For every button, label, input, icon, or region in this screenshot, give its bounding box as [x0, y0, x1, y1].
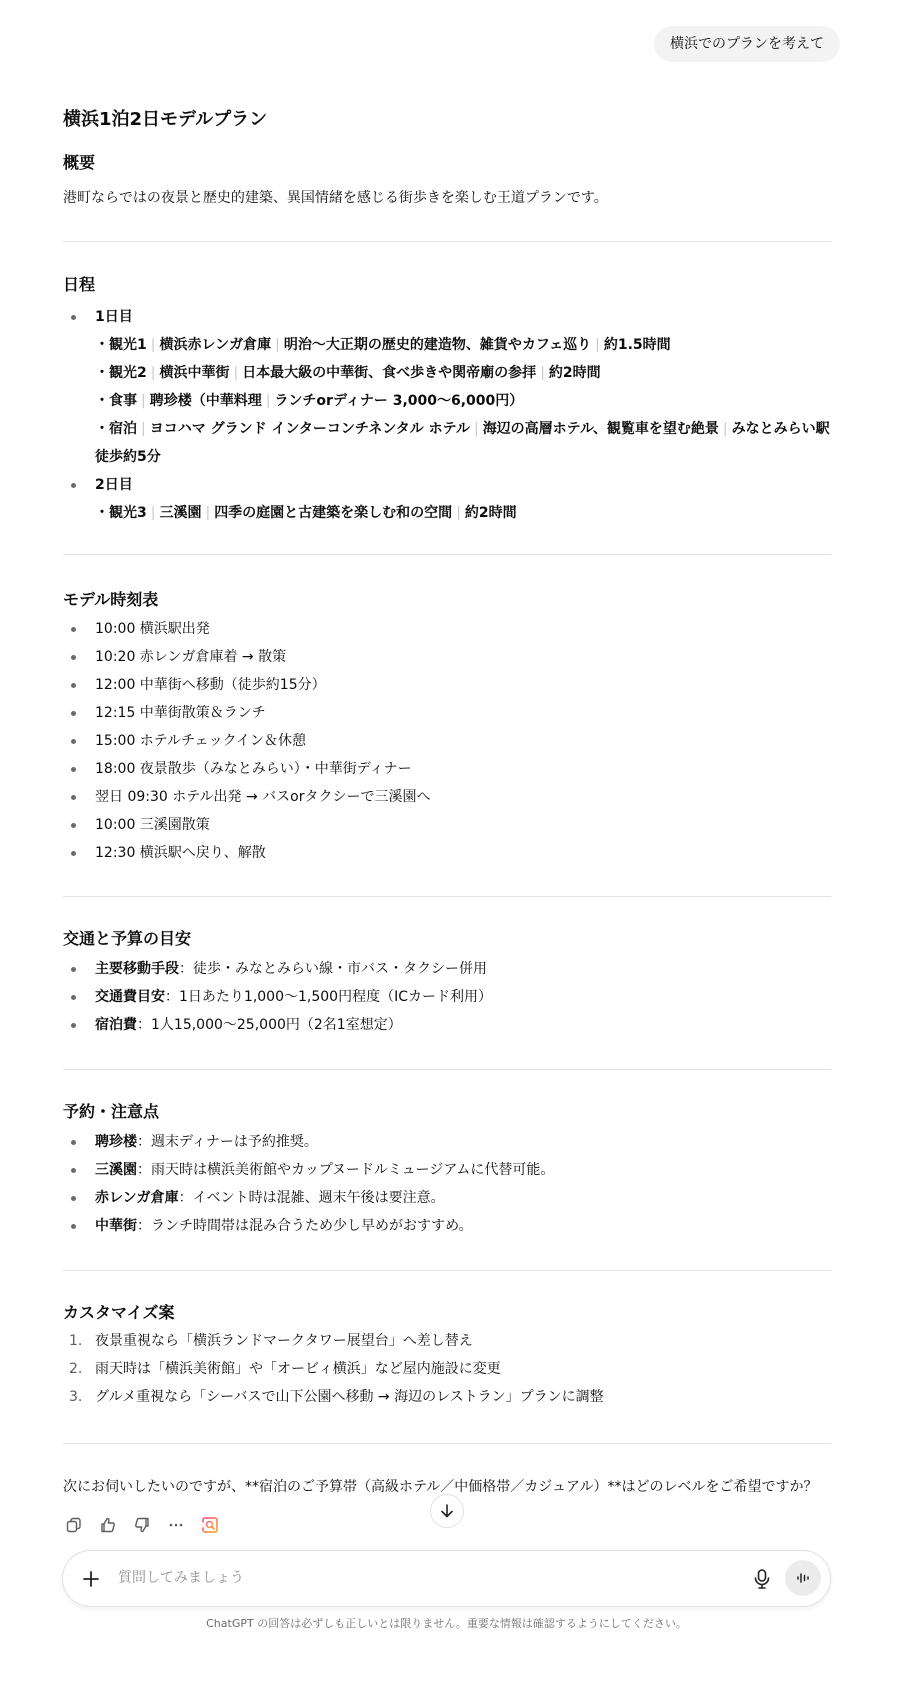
copy-icon — [65, 1516, 83, 1534]
bullet-icon — [71, 1196, 76, 1201]
schedule-heading: 日程 — [63, 274, 831, 296]
bullet-icon — [71, 655, 76, 660]
plus-icon[interactable] — [79, 1567, 103, 1591]
list-item-day1: 1日目 — [63, 303, 831, 331]
voice-waveform-icon — [795, 1570, 811, 1586]
list-item: 宿泊費：1人15,000～25,000円（2名1室想定） — [63, 1011, 831, 1039]
customize-list: 1.夜景重視なら「横浜ランドマークタワー展望台」へ差し替え 2.雨天時は「横浜美… — [63, 1327, 831, 1411]
notes-list: 聘珍楼：週末ディナーは予約推奨。 三溪園：雨天時は横浜美術館やカップヌードルミュ… — [63, 1128, 831, 1240]
bullet-icon — [71, 1168, 76, 1173]
transport-list: 主要移動手段：徒歩・みなとみらい線・市バス・タクシー併用 交通費目安：1日あたり… — [63, 955, 831, 1039]
copy-button[interactable] — [57, 1512, 91, 1538]
bullet-icon — [71, 627, 76, 632]
list-item: 12:15 中華街散策＆ランチ — [63, 699, 831, 727]
bullet-icon — [71, 1140, 76, 1145]
bullet-icon — [71, 1224, 76, 1229]
notes-heading: 予約・注意点 — [63, 1101, 831, 1123]
list-item: 3.グルメ重視なら「シーバスで山下公園へ移動 → 海辺のレストラン」プランに調整 — [63, 1383, 831, 1411]
list-item: 1.夜景重視なら「横浜ランドマークタワー展望台」へ差し替え — [63, 1327, 831, 1355]
list-item: 10:20 赤レンガ倉庫着 → 散策 — [63, 643, 831, 671]
arrow-down-icon — [439, 1503, 455, 1519]
bullet-icon — [71, 683, 76, 688]
voice-mode-button[interactable] — [785, 1560, 821, 1596]
schedule-entry: ・観光3|三溪園|四季の庭園と古建築を楽しむ和の空間|約2時間 — [63, 499, 831, 527]
search-sparkle-icon — [200, 1515, 220, 1535]
schedule-entry: ・食事|聘珍楼（中華料理|ランチorディナー 3,000～6,000円） — [63, 387, 831, 415]
composer: 質問してみましょう — [62, 1550, 831, 1607]
bullet-icon — [71, 795, 76, 800]
bullet-icon — [71, 315, 76, 320]
list-item: 交通費目安：1日あたり1,000～1,500円程度（ICカード利用） — [63, 983, 831, 1011]
divider — [63, 896, 831, 897]
divider — [63, 1443, 831, 1444]
timetable-list: 10:00 横浜駅出発 10:20 赤レンガ倉庫着 → 散策 12:00 中華街… — [63, 615, 831, 867]
thumbs-down-icon — [133, 1516, 151, 1534]
microphone-icon[interactable] — [751, 1567, 773, 1591]
divider — [63, 241, 831, 242]
overview-text: 港町ならではの夜景と歴史的建築、異国情緒を感じる街歩きを楽しむ王道プランです。 — [63, 187, 831, 209]
bullet-icon — [71, 967, 76, 972]
day-label: 1日目 — [95, 309, 133, 325]
user-message-bubble: 横浜でのプランを考えて — [654, 26, 840, 62]
bullet-icon — [71, 739, 76, 744]
overview-heading: 概要 — [63, 152, 831, 174]
customize-heading: カスタマイズ案 — [63, 1302, 831, 1324]
divider — [63, 1069, 831, 1070]
list-item: 12:00 中華街へ移動（徒歩約15分） — [63, 671, 831, 699]
list-item: 10:00 三溪園散策 — [63, 811, 831, 839]
thumbs-up-icon — [99, 1516, 117, 1534]
bullet-icon — [71, 851, 76, 856]
response-title: 横浜1泊2日モデルプラン — [63, 108, 831, 132]
divider — [63, 554, 831, 555]
bullet-icon — [71, 1023, 76, 1028]
schedule-entry: ・観光1|横浜赤レンガ倉庫|明治～大正期の歴史的建造物、雑貨やカフェ巡り|約1.… — [63, 331, 831, 359]
bullet-icon — [71, 823, 76, 828]
disclaimer: ChatGPT の回答は必ずしも正しいとは限りません。重要な情報は確認するように… — [0, 1615, 893, 1633]
list-item: 聘珍楼：週末ディナーは予約推奨。 — [63, 1128, 831, 1156]
message-input[interactable]: 質問してみましょう — [118, 1551, 244, 1606]
search-sparkle-button[interactable] — [193, 1512, 227, 1538]
list-item: 10:00 横浜駅出発 — [63, 615, 831, 643]
schedule-entry: ・宿泊|ヨコハマ グランド インターコンチネンタル ホテル|海辺の高層ホテル、観… — [63, 415, 831, 471]
thumbs-up-button[interactable] — [91, 1512, 125, 1538]
timetable-heading: モデル時刻表 — [63, 589, 831, 611]
list-item: 翌日 09:30 ホテル出発 → バスorタクシーで三溪園へ — [63, 783, 831, 811]
list-item: 中華街：ランチ時間帯は混み合うため少し早めがおすすめ。 — [63, 1212, 831, 1240]
divider — [63, 1270, 831, 1271]
message-actions — [63, 1512, 227, 1538]
thumbs-down-button[interactable] — [125, 1512, 159, 1538]
bullet-icon — [71, 483, 76, 488]
bullet-icon — [71, 995, 76, 1000]
list-item: 15:00 ホテルチェックイン＆休憩 — [63, 727, 831, 755]
list-item: 2.雨天時は「横浜美術館」や「オービィ横浜」など屋内施設に変更 — [63, 1355, 831, 1383]
list-item-day2: 2日目 — [63, 471, 831, 499]
bullet-icon — [71, 767, 76, 772]
list-item: 12:30 横浜駅へ戻り、解散 — [63, 839, 831, 867]
transport-heading: 交通と予算の目安 — [63, 928, 831, 950]
schedule-list: 1日目 ・観光1|横浜赤レンガ倉庫|明治～大正期の歴史的建造物、雑貨やカフェ巡り… — [63, 303, 831, 527]
list-item: 三溪園：雨天時は横浜美術館やカップヌードルミュージアムに代替可能。 — [63, 1156, 831, 1184]
day-label: 2日目 — [95, 477, 133, 493]
more-button[interactable] — [159, 1512, 193, 1538]
list-item: 主要移動手段：徒歩・みなとみらい線・市バス・タクシー併用 — [63, 955, 831, 983]
bullet-icon — [71, 711, 76, 716]
list-item: 18:00 夜景散歩（みなとみらい）・中華街ディナー — [63, 755, 831, 783]
schedule-entry: ・観光2|横浜中華街|日本最大級の中華街、食べ歩きや関帝廟の参拝|約2時間 — [63, 359, 831, 387]
more-icon — [167, 1516, 185, 1534]
list-item: 赤レンガ倉庫：イベント時は混雑、週末午後は要注意。 — [63, 1184, 831, 1212]
scroll-to-bottom-button[interactable] — [430, 1494, 464, 1528]
